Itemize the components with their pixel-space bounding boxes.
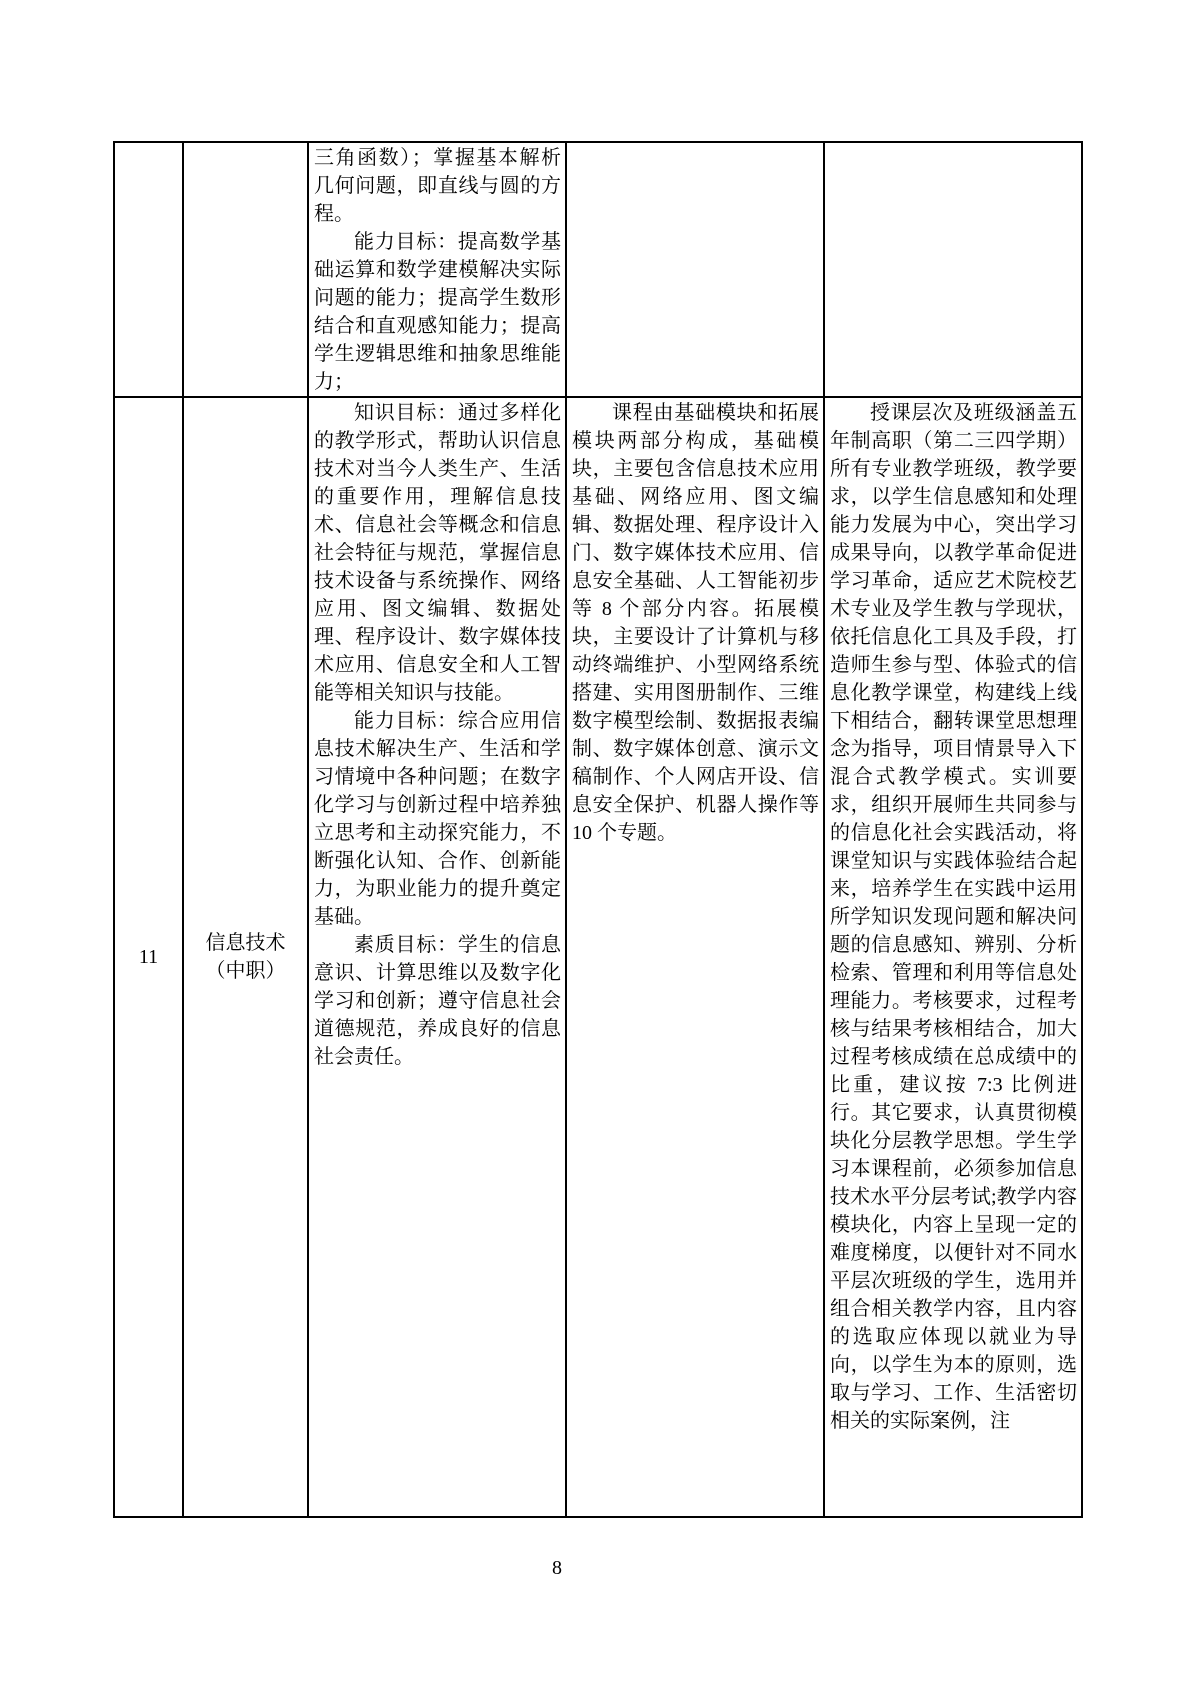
page-number: 8 [507, 1556, 607, 1580]
ability-objectives-paragraph: 能力目标：综合应用信息技术解决生产、生活和学习情境中各种问题；在数字化学习与创新… [314, 707, 561, 931]
content-cell-empty [566, 142, 824, 397]
course-table: 三角函数）；掌握基本解析几何问题，即直线与圆的方程。 能力目标：提高数学基础运算… [113, 141, 1083, 1518]
row-number: 11 [139, 946, 158, 968]
objectives-cell: 知识目标：通过多样化的教学形式，帮助认识信息技术对当今人类生产、生活的重要作用，… [308, 397, 566, 1517]
seq-cell: 11 [114, 397, 183, 1517]
seq-cell-empty [114, 142, 183, 397]
knowledge-objectives-paragraph: 知识目标：通过多样化的教学形式，帮助认识信息技术对当今人类生产、生活的重要作用，… [314, 399, 561, 707]
requirements-cell: 授课层次及班级涵盖五年制高职（第二三四学期）所有专业教学班级，教学要求，以学生信… [824, 397, 1082, 1517]
quality-objectives-paragraph: 素质目标：学生的信息意识、计算思维以及数字化学习和创新；遵守信息社会道德规范，养… [314, 931, 561, 1071]
course-name-line2: （中职） [186, 957, 305, 985]
course-name-cell: 信息技术 （中职） [183, 397, 308, 1517]
paragraph: 能力目标：提高数学基础运算和数学建模解决实际问题的能力；提高学生数形结合和直观感… [314, 228, 561, 396]
requirements-cell-empty [824, 142, 1082, 397]
content-cell: 课程由基础模块和拓展模块两部分构成，基础模块，主要包含信息技术应用基础、网络应用… [566, 397, 824, 1517]
objectives-cell-continuation: 三角函数）；掌握基本解析几何问题，即直线与圆的方程。 能力目标：提高数学基础运算… [308, 142, 566, 397]
course-name-cell-empty [183, 142, 308, 397]
table-row-continuation: 三角函数）；掌握基本解析几何问题，即直线与圆的方程。 能力目标：提高数学基础运算… [114, 142, 1082, 397]
course-content-paragraph: 课程由基础模块和拓展模块两部分构成，基础模块，主要包含信息技术应用基础、网络应用… [572, 399, 819, 847]
table-row-11: 11 信息技术 （中职） 知识目标：通过多样化的教学形式，帮助认识信息技术对当今… [114, 397, 1082, 1517]
teaching-requirements-paragraph: 授课层次及班级涵盖五年制高职（第二三四学期）所有专业教学班级，教学要求，以学生信… [830, 399, 1077, 1435]
paragraph: 三角函数）；掌握基本解析几何问题，即直线与圆的方程。 [314, 144, 561, 228]
course-name-line1: 信息技术 [186, 929, 305, 957]
